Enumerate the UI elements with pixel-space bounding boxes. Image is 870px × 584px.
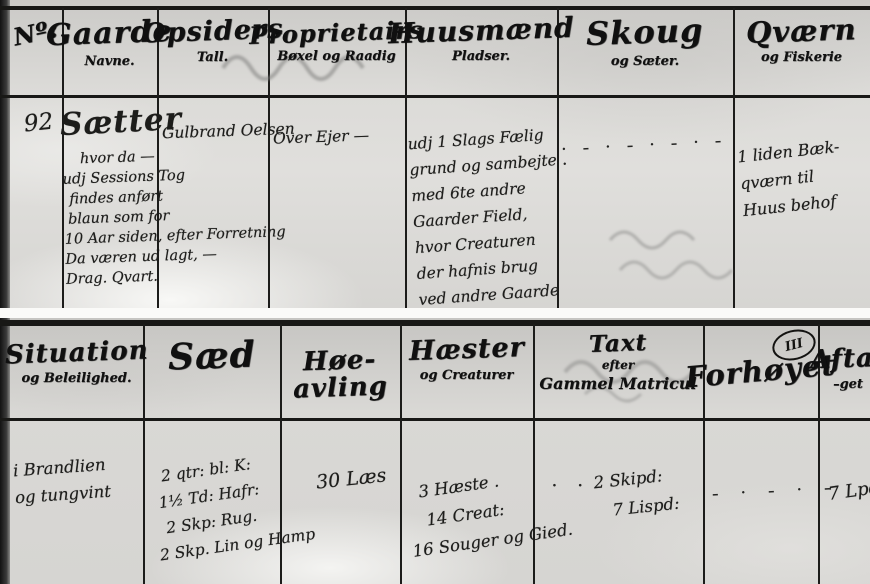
header-separator xyxy=(0,418,870,421)
column-header-situation: Situation og Beleilighed. xyxy=(10,340,143,386)
mill-fishery-block: 1 liden Bæk- qværn til Huus behof xyxy=(736,133,846,224)
column-header-forhoyet: Forhøyet xyxy=(703,356,818,386)
column-header-huusmaend: Huusmænd Pladser. xyxy=(405,16,557,64)
column-header-haester-creaturer: Hæster og Creaturer xyxy=(400,336,533,383)
table-top-border xyxy=(0,320,870,326)
column-header-hoeavling: Høe-avling xyxy=(280,348,400,403)
crofts-note-block: udj 1 Slags Fælig grund og sambejte med … xyxy=(407,121,567,308)
handwritten-line: og tungvint xyxy=(14,478,112,512)
column-header-saed: Sæd xyxy=(143,338,280,376)
situation-block: i Brandlien og tungvint xyxy=(12,451,112,512)
dash-marks-skoug: · – · – · – · – · xyxy=(561,134,732,173)
farm-number: 92 xyxy=(23,109,55,138)
column-header-qvaern: Qværn og Fiskerie xyxy=(733,16,870,65)
dash-marks-forhoyet: – · – · – xyxy=(712,481,840,503)
column-header-taxt: Taxt efter Gammel Matricul xyxy=(533,332,703,393)
ledger-strip-bottom: Situation og Beleilighed. Sæd Høe-avling… xyxy=(0,318,870,584)
hay-harvest-value: 30 Læs xyxy=(315,464,387,493)
ledger-strip-top: Nº: Gaarde Navne. Opsiders Tall. Proprie… xyxy=(0,0,870,308)
dot-marks-taxt: · · xyxy=(552,478,591,494)
livestock-block: 3 Hæste . 14 Creat: 16 Souger og Gied. xyxy=(403,457,575,566)
proprietor-entry: Over Ejer — xyxy=(273,126,370,147)
old-tax-block: 2 Skipd: 7 Lispd: xyxy=(592,460,681,526)
column-header-skoug: Skoug og Sæter. xyxy=(557,16,733,69)
farm-note-block: hvor da — udj Sessions Tog findes anført… xyxy=(62,142,288,290)
table-top-border xyxy=(0,6,870,10)
scan-left-edge xyxy=(0,0,10,308)
column-header-proprietairs: Proprietairs Bøxel og Raadig xyxy=(268,20,405,64)
seed-block: 2 qtr: bl: K: 1½ Td: Hafr: 2 Skp: Rug. 2… xyxy=(148,444,317,569)
column-header-aftaget: Afta- –get xyxy=(818,346,870,392)
header-separator xyxy=(0,95,870,98)
scanned-ledger-page: Nº: Gaarde Navne. Opsiders Tall. Proprie… xyxy=(0,0,870,584)
